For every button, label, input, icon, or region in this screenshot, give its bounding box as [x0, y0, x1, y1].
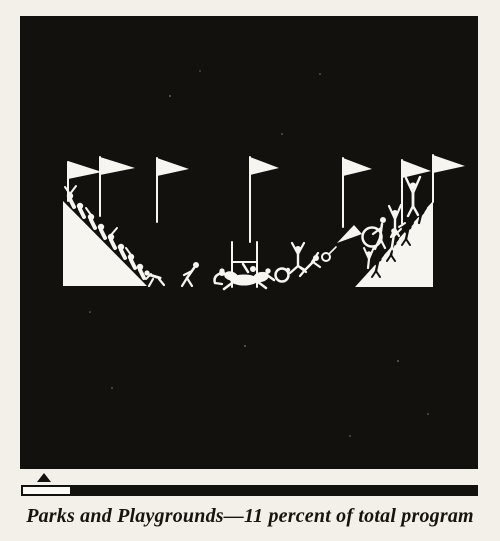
- pennant-flags: [68, 155, 465, 242]
- progress-fill: [23, 487, 70, 494]
- pennant-flag-icon: [343, 158, 372, 227]
- grandstand-left-icon: [63, 186, 147, 286]
- pennant-flag-icon: [433, 155, 465, 202]
- crouching-player-icon: [215, 268, 225, 284]
- position-marker-icon: [37, 473, 51, 482]
- print-speckles: [89, 70, 429, 437]
- marker-row: [21, 472, 478, 482]
- pennant-flag-icon: [68, 161, 102, 201]
- runners: [144, 262, 224, 286]
- pennant-flag-icon: [157, 158, 189, 222]
- runner-icon: [144, 270, 164, 286]
- football-scene: [219, 242, 320, 289]
- pennant-flag-icon: [250, 157, 279, 242]
- tumbler-icon: [276, 268, 291, 282]
- parks-illustration: [20, 16, 478, 469]
- cheering-fan-icon: [364, 247, 374, 268]
- runner-icon: [182, 262, 199, 286]
- progress-bar: [21, 485, 478, 496]
- figure-caption: Parks and Playgrounds—11 percent of tota…: [0, 505, 500, 528]
- ball-icon: [322, 247, 336, 261]
- cheering-fan-icon: [406, 177, 420, 216]
- diving-player-icon: [298, 253, 320, 276]
- football-pile-icon: [219, 264, 274, 289]
- illustration-panel: [20, 16, 478, 469]
- pennant-flag-icon: [100, 157, 135, 216]
- megaphone-icon: [337, 225, 362, 243]
- figure-page: Parks and Playgrounds—11 percent of tota…: [0, 0, 500, 541]
